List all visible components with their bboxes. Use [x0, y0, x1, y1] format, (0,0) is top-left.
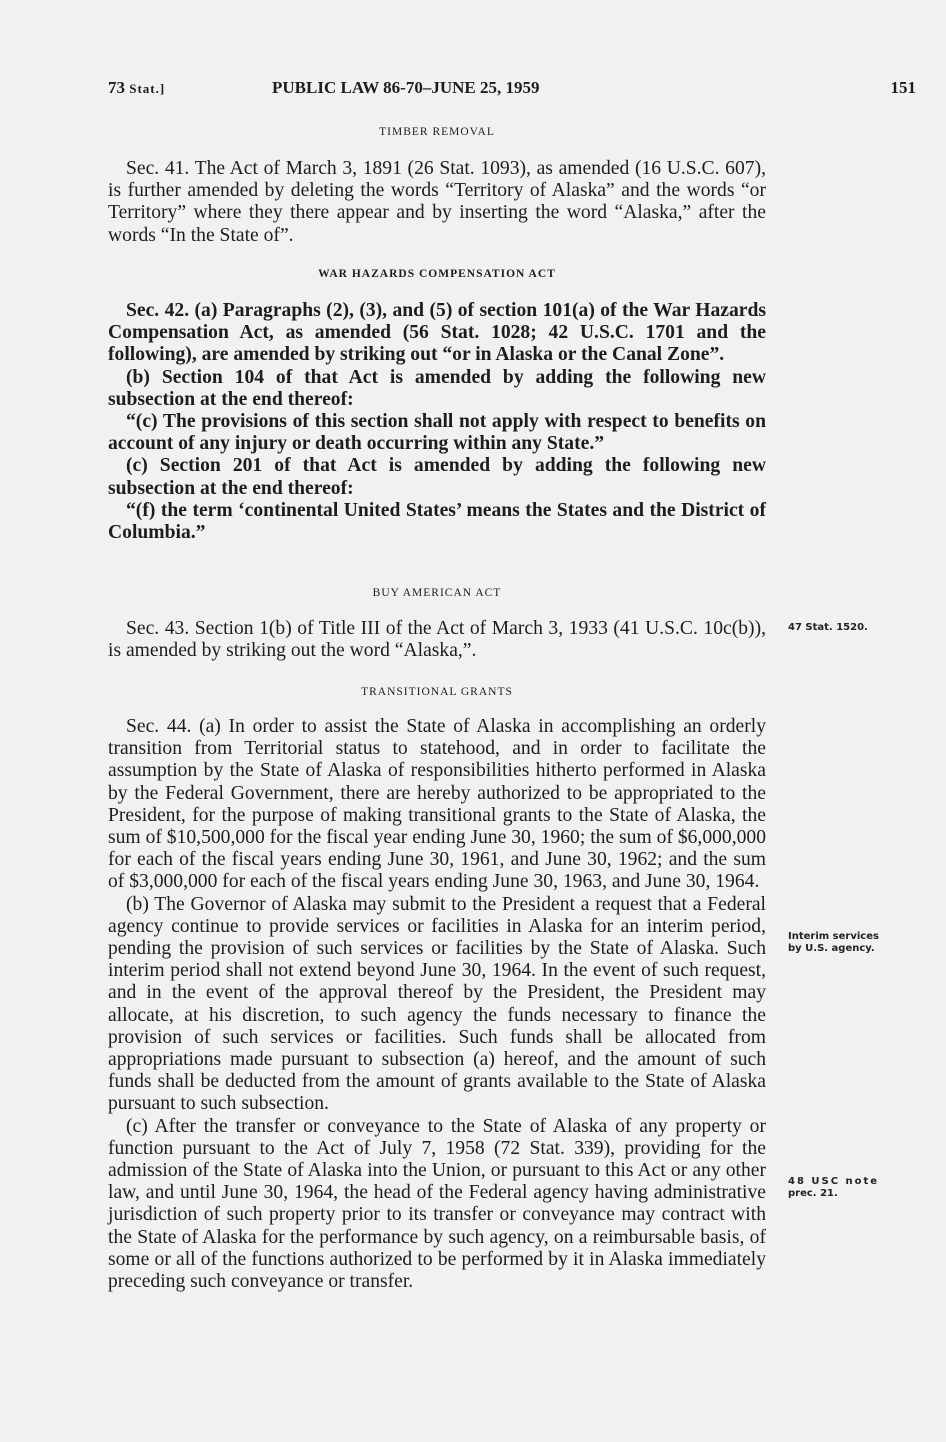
section-heading: TRANSITIONAL GRANTS [108, 686, 766, 698]
volume-citation: 73 Stat.] [108, 78, 165, 98]
section-43-body: Sec. 43. Section 1(b) of Title III of th… [108, 618, 766, 662]
paragraph: Sec. 41. The Act of March 3, 1891 (26 St… [108, 158, 766, 247]
paragraph: (b) Section 104 of that Act is amended b… [108, 367, 766, 411]
law-title: PUBLIC LAW 86-70–JUNE 25, 1959 [272, 78, 539, 98]
section-heading: WAR HAZARDS COMPENSATION ACT [108, 268, 766, 280]
document-page: 73 Stat.] PUBLIC LAW 86-70–JUNE 25, 1959… [0, 0, 946, 1442]
paragraph: Sec. 44. (a) In order to assist the Stat… [108, 716, 766, 894]
section-heading: TIMBER REMOVAL [108, 126, 766, 138]
section-heading: BUY AMERICAN ACT [108, 587, 766, 599]
margin-note-interim-services: Interim services by U.S. agency. [788, 931, 918, 955]
section-41-body: Sec. 41. The Act of March 3, 1891 (26 St… [108, 158, 766, 247]
page-number: 151 [891, 78, 917, 98]
running-head: 73 Stat.] PUBLIC LAW 86-70–JUNE 25, 1959… [108, 78, 916, 102]
paragraph: (b) The Governor of Alaska may submit to… [108, 894, 766, 1116]
margin-note-usc: 48 USC note prec. 21. [788, 1176, 918, 1200]
paragraph: (c) After the transfer or conveyance to … [108, 1116, 766, 1294]
section-44-body: Sec. 44. (a) In order to assist the Stat… [108, 716, 766, 1293]
margin-note-citation: 47 Stat. 1520. [788, 622, 918, 634]
paragraph: “(c) The provisions of this section shal… [108, 411, 766, 455]
paragraph: Sec. 43. Section 1(b) of Title III of th… [108, 618, 766, 662]
paragraph: “(f) the term ‘continental United States… [108, 500, 766, 544]
paragraph: (c) Section 201 of that Act is amended b… [108, 455, 766, 499]
paragraph: Sec. 42. (a) Paragraphs (2), (3), and (5… [108, 300, 766, 367]
section-42-body: Sec. 42. (a) Paragraphs (2), (3), and (5… [108, 300, 766, 544]
